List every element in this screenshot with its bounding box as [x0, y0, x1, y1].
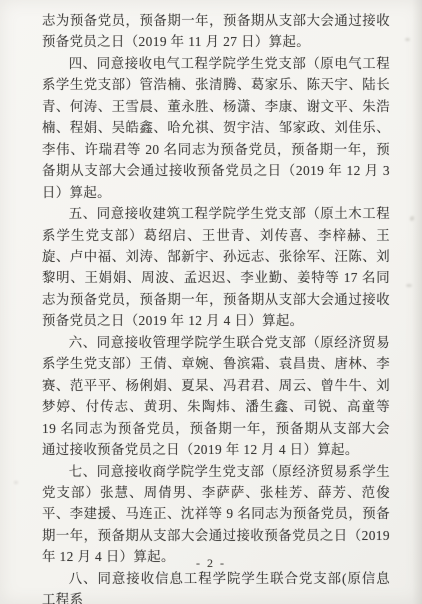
paragraph-item-4: 四、同意接收电气工程学院学生党支部（原电气工程系学生党支部）管浩楠、张清腾、葛家… — [42, 53, 390, 203]
paragraph-item-8: 八、同意接收信息工程学院学生联合党支部(原信息工程系 — [42, 568, 390, 604]
paragraph-item-6: 六、同意接收管理学院学生联合党支部（原经济贸易系学生党支部）王倩、章婉、鲁滨霜、… — [42, 332, 390, 461]
scan-artifact — [14, 481, 18, 484]
paragraph-item-7: 七、同意接收商学院学生党支部（原经济贸易系学生党支部）张慧、周倩男、李萨萨、张桂… — [42, 461, 390, 568]
scan-artifact — [405, 38, 410, 41]
paragraph-item-5: 五、同意接收建筑工程学院学生党支部（原土木工程系学生党支部）葛绍启、王世青、刘传… — [42, 203, 390, 332]
scanned-document-page: 志为预备党员，预备期一年，预备期从支部大会通过接收预备党员之日（2019 年 1… — [0, 0, 422, 604]
document-body: 志为预备党员，预备期一年，预备期从支部大会通过接收预备党员之日（2019 年 1… — [42, 10, 390, 604]
page-number: - 2 - — [0, 556, 422, 571]
page-edge-shading — [412, 0, 422, 604]
paragraph-continuation: 志为预备党员，预备期一年，预备期从支部大会通过接收预备党员之日（2019 年 1… — [42, 10, 390, 53]
